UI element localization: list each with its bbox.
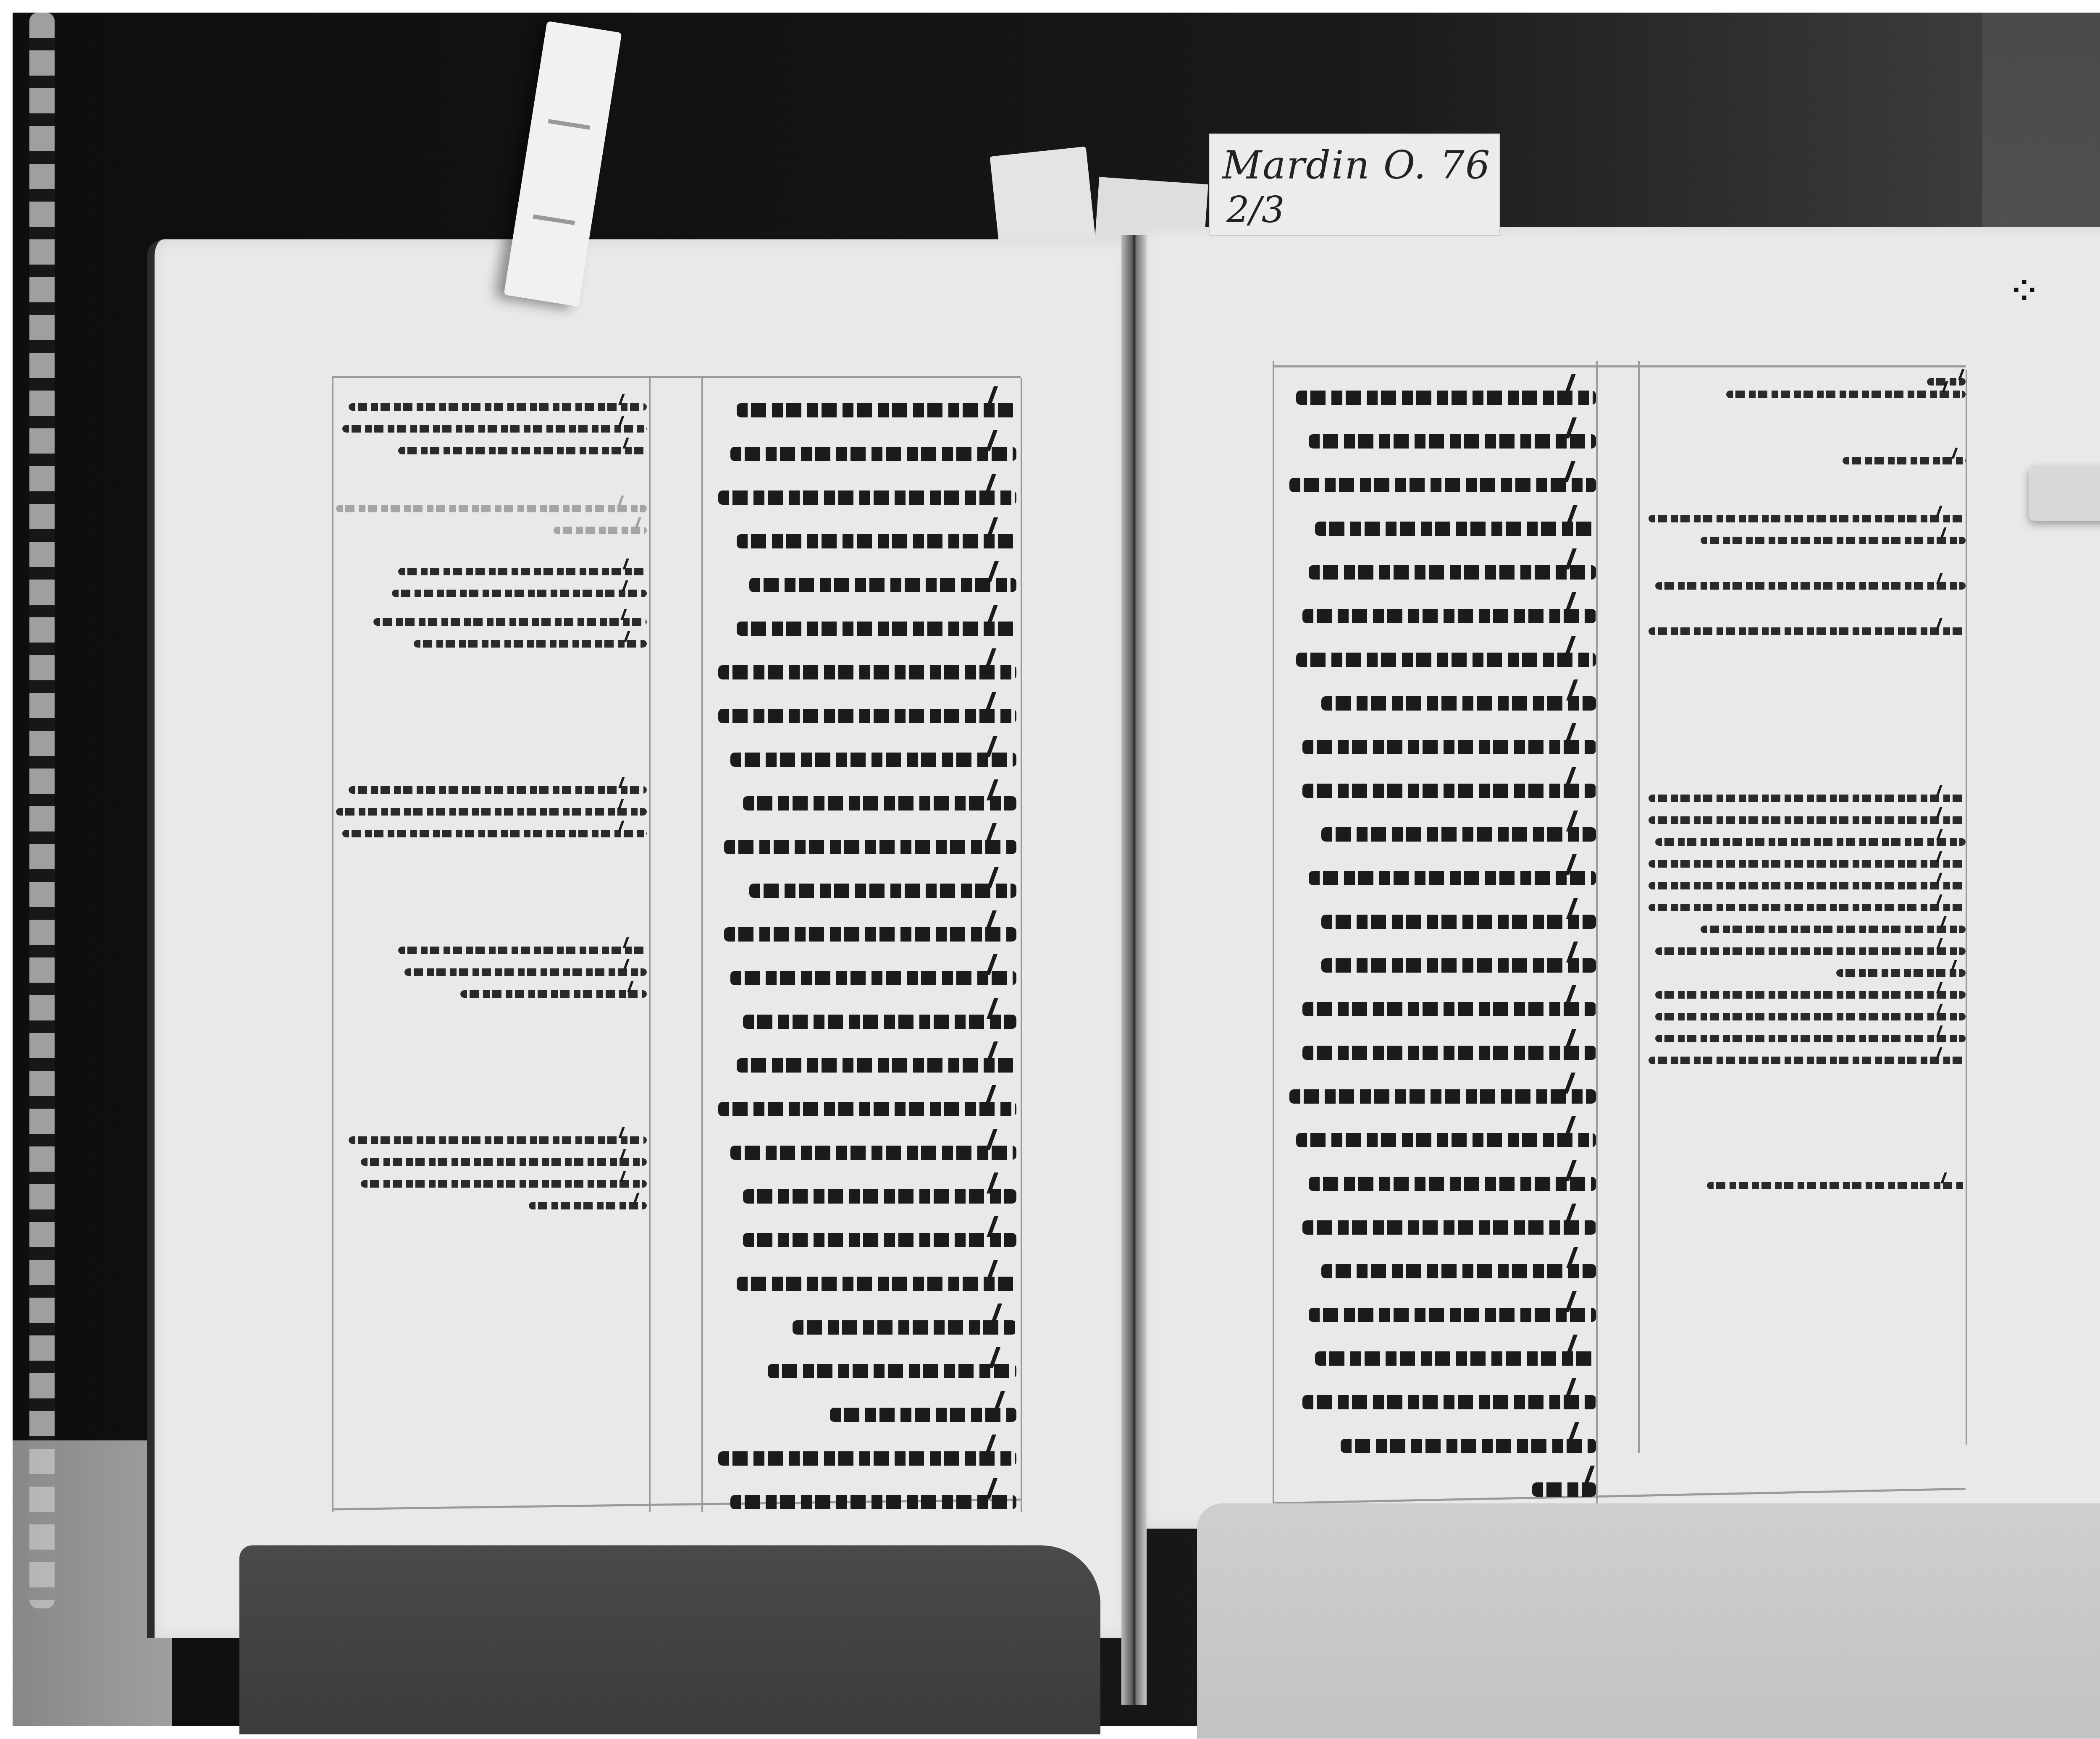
right-top-rule bbox=[1273, 365, 1966, 367]
left-column-rule bbox=[649, 378, 651, 1512]
supporting-book bbox=[239, 1545, 1100, 1734]
right-column-rule bbox=[1638, 361, 1640, 1453]
chair-stitching bbox=[29, 13, 55, 1608]
left-column-rule bbox=[701, 378, 703, 1512]
shelfmark-label: Mardin O. 76 2/3 bbox=[1210, 134, 1499, 235]
supporting-box bbox=[1197, 1503, 2100, 1739]
shelfmark-sequence: 2/3 bbox=[1226, 189, 1284, 231]
right-column-rule bbox=[1966, 370, 1967, 1445]
right-margin-text bbox=[1642, 378, 1966, 1204]
folio-punctuation-mark: ⁘ bbox=[2012, 273, 2037, 307]
left-margin-text bbox=[336, 403, 647, 1224]
shelfmark-text: Mardin O. 76 bbox=[1222, 143, 1491, 188]
page-clip-icon bbox=[2029, 466, 2100, 521]
right-column-rule bbox=[1596, 361, 1598, 1503]
book-gutter bbox=[1121, 235, 1147, 1705]
right-main-text bbox=[1277, 391, 1596, 1526]
left-margin-rule bbox=[332, 378, 333, 1512]
left-column-rule bbox=[1021, 378, 1022, 1512]
left-main-text bbox=[706, 403, 1016, 1539]
rubric-heading bbox=[336, 505, 647, 512]
left-top-rule bbox=[332, 376, 1021, 378]
right-column-rule bbox=[1273, 361, 1274, 1503]
rubric-heading bbox=[554, 527, 647, 534]
